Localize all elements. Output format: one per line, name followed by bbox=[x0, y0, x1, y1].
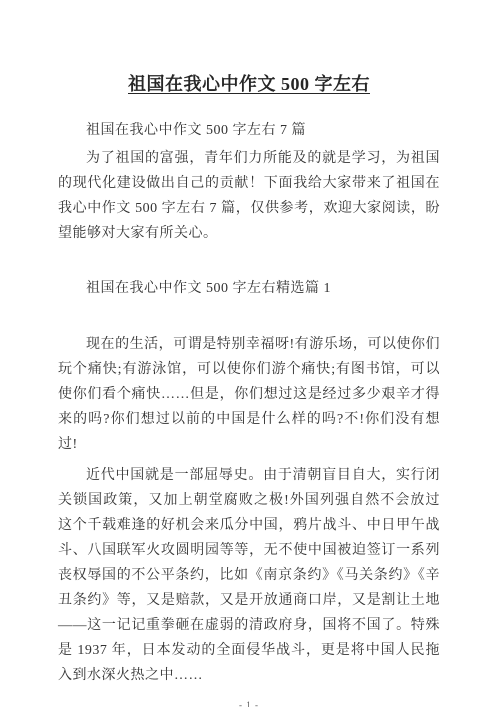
body-paragraph-2: 近代中国就是一部屈辱史。由于清朝盲目自大，实行闭关锁国政策，又加上朝堂腐败之极!… bbox=[58, 463, 440, 688]
document-subtitle: 祖国在我心中作文 500 字左右 7 篇 bbox=[58, 118, 440, 143]
document-title: 祖国在我心中作文 500 字左右 bbox=[58, 70, 440, 96]
section-heading: 祖国在我心中作文 500 字左右精选篇 1 bbox=[58, 276, 440, 301]
page-number: - 1 - bbox=[58, 700, 440, 707]
intro-paragraph: 为了祖国的富强，青年们力所能及的就是学习，为祖国的现代化建设做出自己的贡献！下面… bbox=[58, 146, 440, 246]
document-page: 祖国在我心中作文 500 字左右 祖国在我心中作文 500 字左右 7 篇 为了… bbox=[0, 0, 500, 707]
body-paragraph-1: 现在的生活，可谓是特别幸福呀!有游乐场，可以使你们玩个痛快;有游泳馆，可以使你们… bbox=[58, 332, 440, 457]
